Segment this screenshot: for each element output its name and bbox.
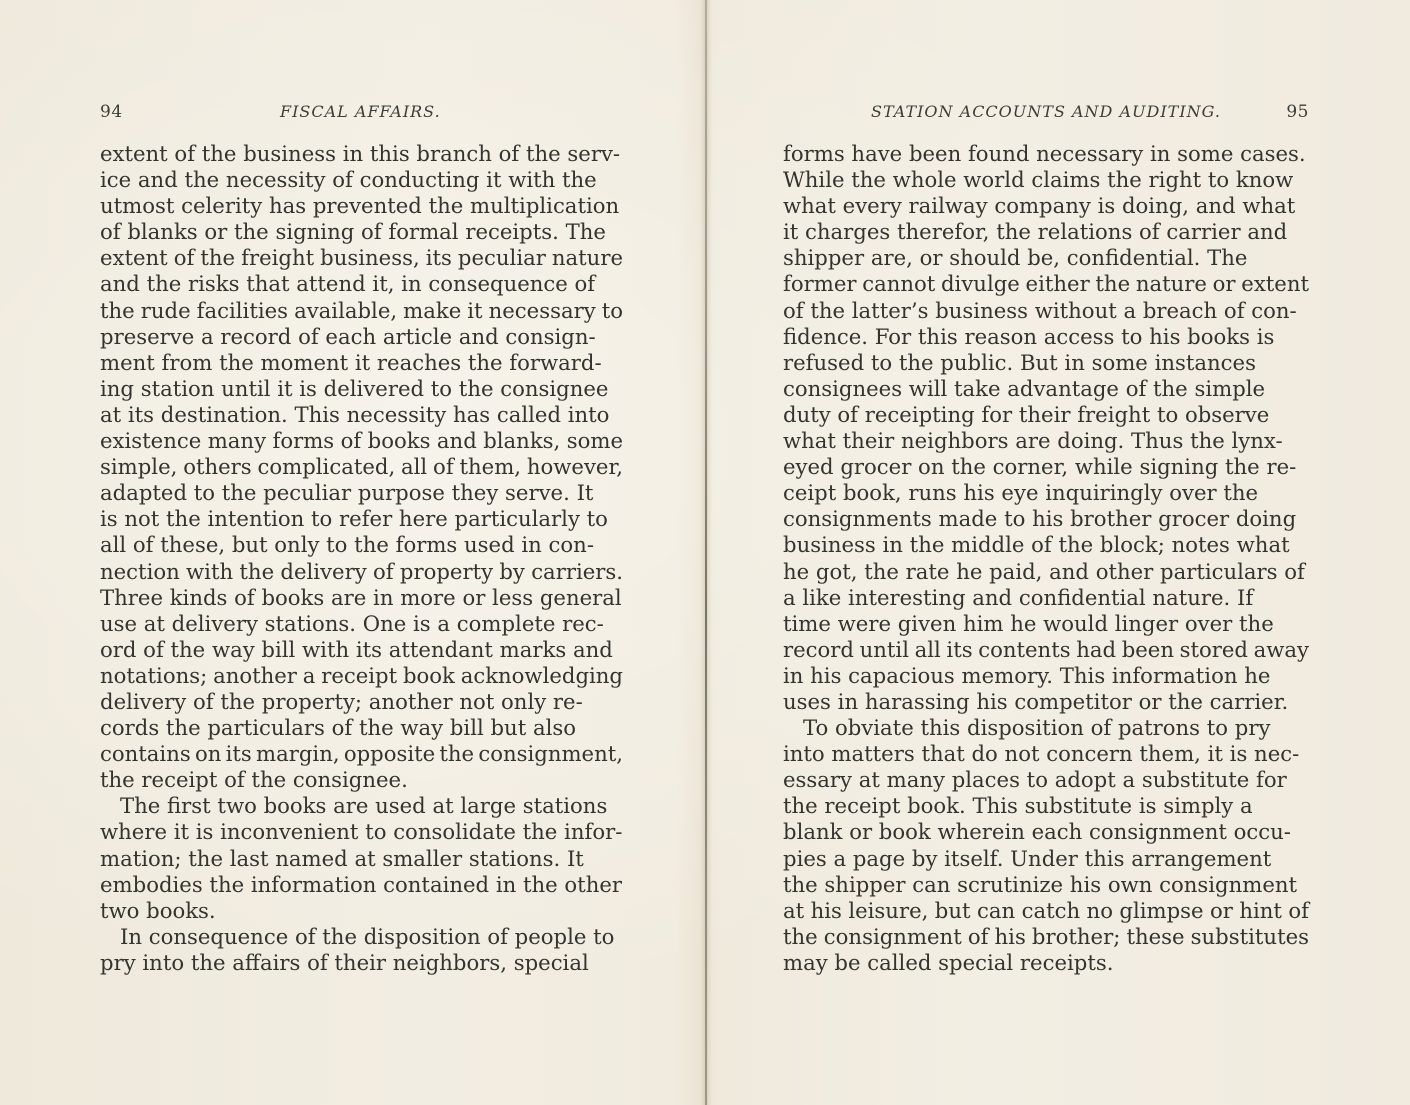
text-line: blank or book wherein each consignment o…: [783, 819, 1309, 845]
text-line: of the latter’s business without a breac…: [783, 298, 1309, 324]
text-line: existence many forms of books and blanks…: [100, 428, 623, 454]
text-line: ment from the moment it reaches the forw…: [100, 350, 623, 376]
text-line: a like interesting and confidential natu…: [783, 585, 1309, 611]
text-line: embodies the information contained in th…: [100, 872, 623, 898]
text-line: at its destination. This necessity has c…: [100, 402, 623, 428]
right-running-title: STATION ACCOUNTS AND AUDITING.: [871, 100, 1221, 124]
text-line: In consequence of the disposition of peo…: [100, 924, 623, 950]
text-line: former cannot divulge either the nature …: [783, 271, 1309, 297]
text-line: what every railway company is doing, and…: [783, 193, 1309, 219]
text-line: duty of receipting for their freight to …: [783, 402, 1309, 428]
text-line: in his capacious memory. This informatio…: [783, 663, 1309, 689]
text-line: mation; the last named at smaller statio…: [100, 846, 623, 872]
text-line: the shipper can scrutinize his own consi…: [783, 872, 1309, 898]
text-line: into matters that do not concern them, i…: [783, 741, 1309, 767]
text-line: simple, others complicated, all of them,…: [100, 454, 623, 480]
left-page: 94 FISCAL AFFAIRS. extent of the busines…: [0, 0, 705, 1105]
text-line: what their neighbors are doing. Thus the…: [783, 428, 1309, 454]
text-line: fidence. For this reason access to his b…: [783, 324, 1309, 350]
text-line: To obviate this disposition of patrons t…: [783, 715, 1309, 741]
text-line: preserve a record of each article and co…: [100, 324, 623, 350]
text-line: delivery of the property; another not on…: [100, 689, 623, 715]
text-line: cords the particulars of the way bill bu…: [100, 715, 623, 741]
text-line: consignments made to his brother grocer …: [783, 506, 1309, 532]
text-line: contains on its margin, opposite the con…: [100, 741, 623, 767]
text-line: two books.: [100, 898, 623, 924]
text-line: the receipt book. This substitute is sim…: [783, 793, 1309, 819]
text-line: where it is inconvenient to consolidate …: [100, 819, 623, 845]
text-line: extent of the business in this branch of…: [100, 141, 623, 167]
text-line: use at delivery stations. One is a compl…: [100, 611, 623, 637]
text-line: shipper are, or should be, confidential.…: [783, 245, 1309, 271]
text-line: may be called special receipts.: [783, 950, 1309, 976]
book-spread: 94 FISCAL AFFAIRS. extent of the busines…: [0, 0, 1410, 1105]
right-body-text: forms have been found necessary in some …: [783, 141, 1309, 976]
text-line: forms have been found necessary in some …: [783, 141, 1309, 167]
right-page-number: 95: [1286, 100, 1309, 124]
text-line: pies a page by itself. Under this arrang…: [783, 846, 1309, 872]
text-line: pry into the affairs of their neighbors,…: [100, 950, 623, 976]
text-line: the consignment of his brother; these su…: [783, 924, 1309, 950]
text-line: it charges therefor, the relations of ca…: [783, 219, 1309, 245]
text-line: of blanks or the signing of formal recei…: [100, 219, 623, 245]
left-body-text: extent of the business in this branch of…: [100, 141, 623, 976]
left-page-number: 94: [100, 100, 123, 124]
text-line: utmost celerity has prevented the multip…: [100, 193, 623, 219]
text-line: consignees will take advantage of the si…: [783, 376, 1309, 402]
text-line: time were given him he would linger over…: [783, 611, 1309, 637]
left-running-title: FISCAL AFFAIRS.: [280, 100, 441, 124]
text-line: eyed grocer on the corner, while signing…: [783, 454, 1309, 480]
text-line: essary at many places to adopt a substit…: [783, 767, 1309, 793]
text-line: The first two books are used at large st…: [100, 793, 623, 819]
text-line: uses in harassing his competitor or the …: [783, 689, 1309, 715]
text-line: all of these, but only to the forms used…: [100, 532, 623, 558]
text-line: ord of the way bill with its attendant m…: [100, 637, 623, 663]
text-line: adapted to the peculiar purpose they ser…: [100, 480, 623, 506]
text-line: he got, the rate he paid, and other part…: [783, 559, 1309, 585]
text-line: at his leisure, but can catch no glimpse…: [783, 898, 1309, 924]
text-line: and the risks that attend it, in consequ…: [100, 271, 623, 297]
text-line: is not the intention to refer here parti…: [100, 506, 623, 532]
text-line: ice and the necessity of conducting it w…: [100, 167, 623, 193]
text-line: record until all its contents had been s…: [783, 637, 1309, 663]
right-page: STATION ACCOUNTS AND AUDITING. 95 forms …: [706, 0, 1410, 1105]
text-line: the receipt of the consignee.: [100, 767, 623, 793]
text-line: business in the middle of the block; not…: [783, 532, 1309, 558]
text-line: refused to the public. But in some insta…: [783, 350, 1309, 376]
text-line: Three kinds of books are in more or less…: [100, 585, 623, 611]
text-line: nection with the delivery of property by…: [100, 559, 623, 585]
text-line: ing station until it is delivered to the…: [100, 376, 623, 402]
text-line: the rude facilities available, make it n…: [100, 298, 623, 324]
text-line: ceipt book, runs his eye inquiringly ove…: [783, 480, 1309, 506]
text-line: notations; another a receipt book acknow…: [100, 663, 623, 689]
left-running-head: 94 FISCAL AFFAIRS.: [100, 100, 623, 124]
right-running-head: STATION ACCOUNTS AND AUDITING. 95: [783, 100, 1309, 124]
text-line: While the whole world claims the right t…: [783, 167, 1309, 193]
text-line: extent of the freight business, its pecu…: [100, 245, 623, 271]
